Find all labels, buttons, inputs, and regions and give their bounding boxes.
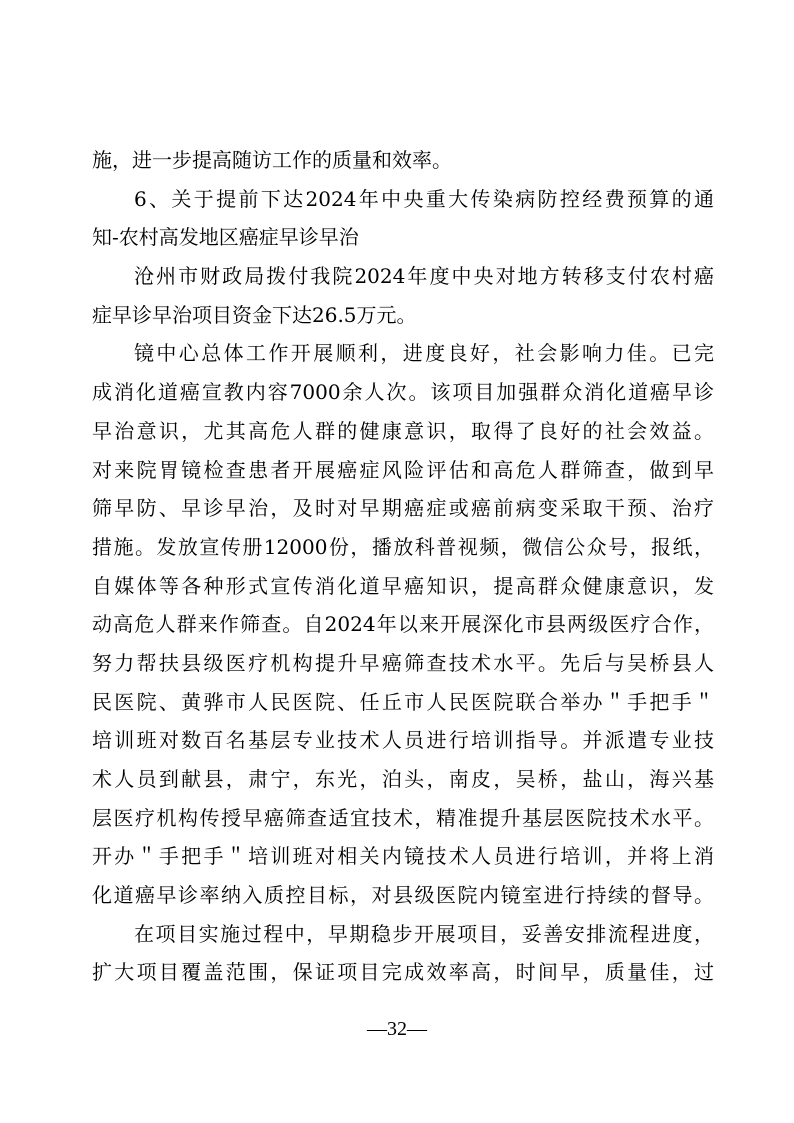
text-line: 镜中心总体工作开展顺利，进度良好，社会影响力佳。已完 — [92, 334, 714, 373]
text-line: 扩大项目覆盖范围，保证项目完成效率高，时间早，质量佳，过 — [92, 953, 714, 992]
text-line: 化道癌早诊率纳入质控目标，对县级医院内镜室进行持续的督导。 — [92, 876, 714, 915]
text-line: 民医院、黄骅市人民医院、任丘市人民医院联合举办＂手把手＂ — [92, 683, 714, 722]
document-body: 施，进一步提高随访工作的质量和效率。 6、关于提前下达2024年中央重大传染病防… — [92, 141, 714, 992]
text-line: 筛早防、早诊早治，及时对早期癌症或癌前病变采取干预、治疗 — [92, 489, 714, 528]
page-number: —32— — [0, 1018, 794, 1041]
text-line: 症早诊早治项目资金下达26.5万元。 — [92, 296, 714, 335]
text-line: 成消化道癌宣教内容7000余人次。该项目加强群众消化道癌早诊 — [92, 373, 714, 412]
text-line: 培训班对数百名基层专业技术人员进行培训指导。并派遣专业技 — [92, 721, 714, 760]
text-line: 早治意识，尤其高危人群的健康意识，取得了良好的社会效益。 — [92, 412, 714, 451]
text-line: 开办＂手把手＂培训班对相关内镜技术人员进行培训，并将上消 — [92, 837, 714, 876]
text-line: 措施。发放宣传册12000份，播放科普视频，微信公众号，报纸， — [92, 528, 714, 567]
text-line: 施，进一步提高随访工作的质量和效率。 — [92, 141, 714, 180]
text-line: 知-农村高发地区癌症早诊早治 — [92, 218, 714, 257]
text-line: 在项目实施过程中，早期稳步开展项目，妥善安排流程进度， — [92, 915, 714, 954]
text-line: 术人员到献县，肃宁，东光，泊头，南皮，吴桥，盐山，海兴基 — [92, 760, 714, 799]
text-line: 6、关于提前下达2024年中央重大传染病防控经费预算的通 — [92, 180, 714, 219]
text-line: 自媒体等各种形式宣传消化道早癌知识，提高群众健康意识，发 — [92, 567, 714, 606]
text-line: 层医疗机构传授早癌筛查适宜技术，精准提升基层医院技术水平。 — [92, 799, 714, 838]
text-line: 沧州市财政局拨付我院2024年度中央对地方转移支付农村癌 — [92, 257, 714, 296]
text-line: 努力帮扶县级医疗机构提升早癌筛查技术水平。先后与吴桥县人 — [92, 644, 714, 683]
text-line: 动高危人群来作筛查。自2024年以来开展深化市县两级医疗合作， — [92, 605, 714, 644]
text-line: 对来院胃镜检查患者开展癌症风险评估和高危人群筛查，做到早 — [92, 451, 714, 490]
